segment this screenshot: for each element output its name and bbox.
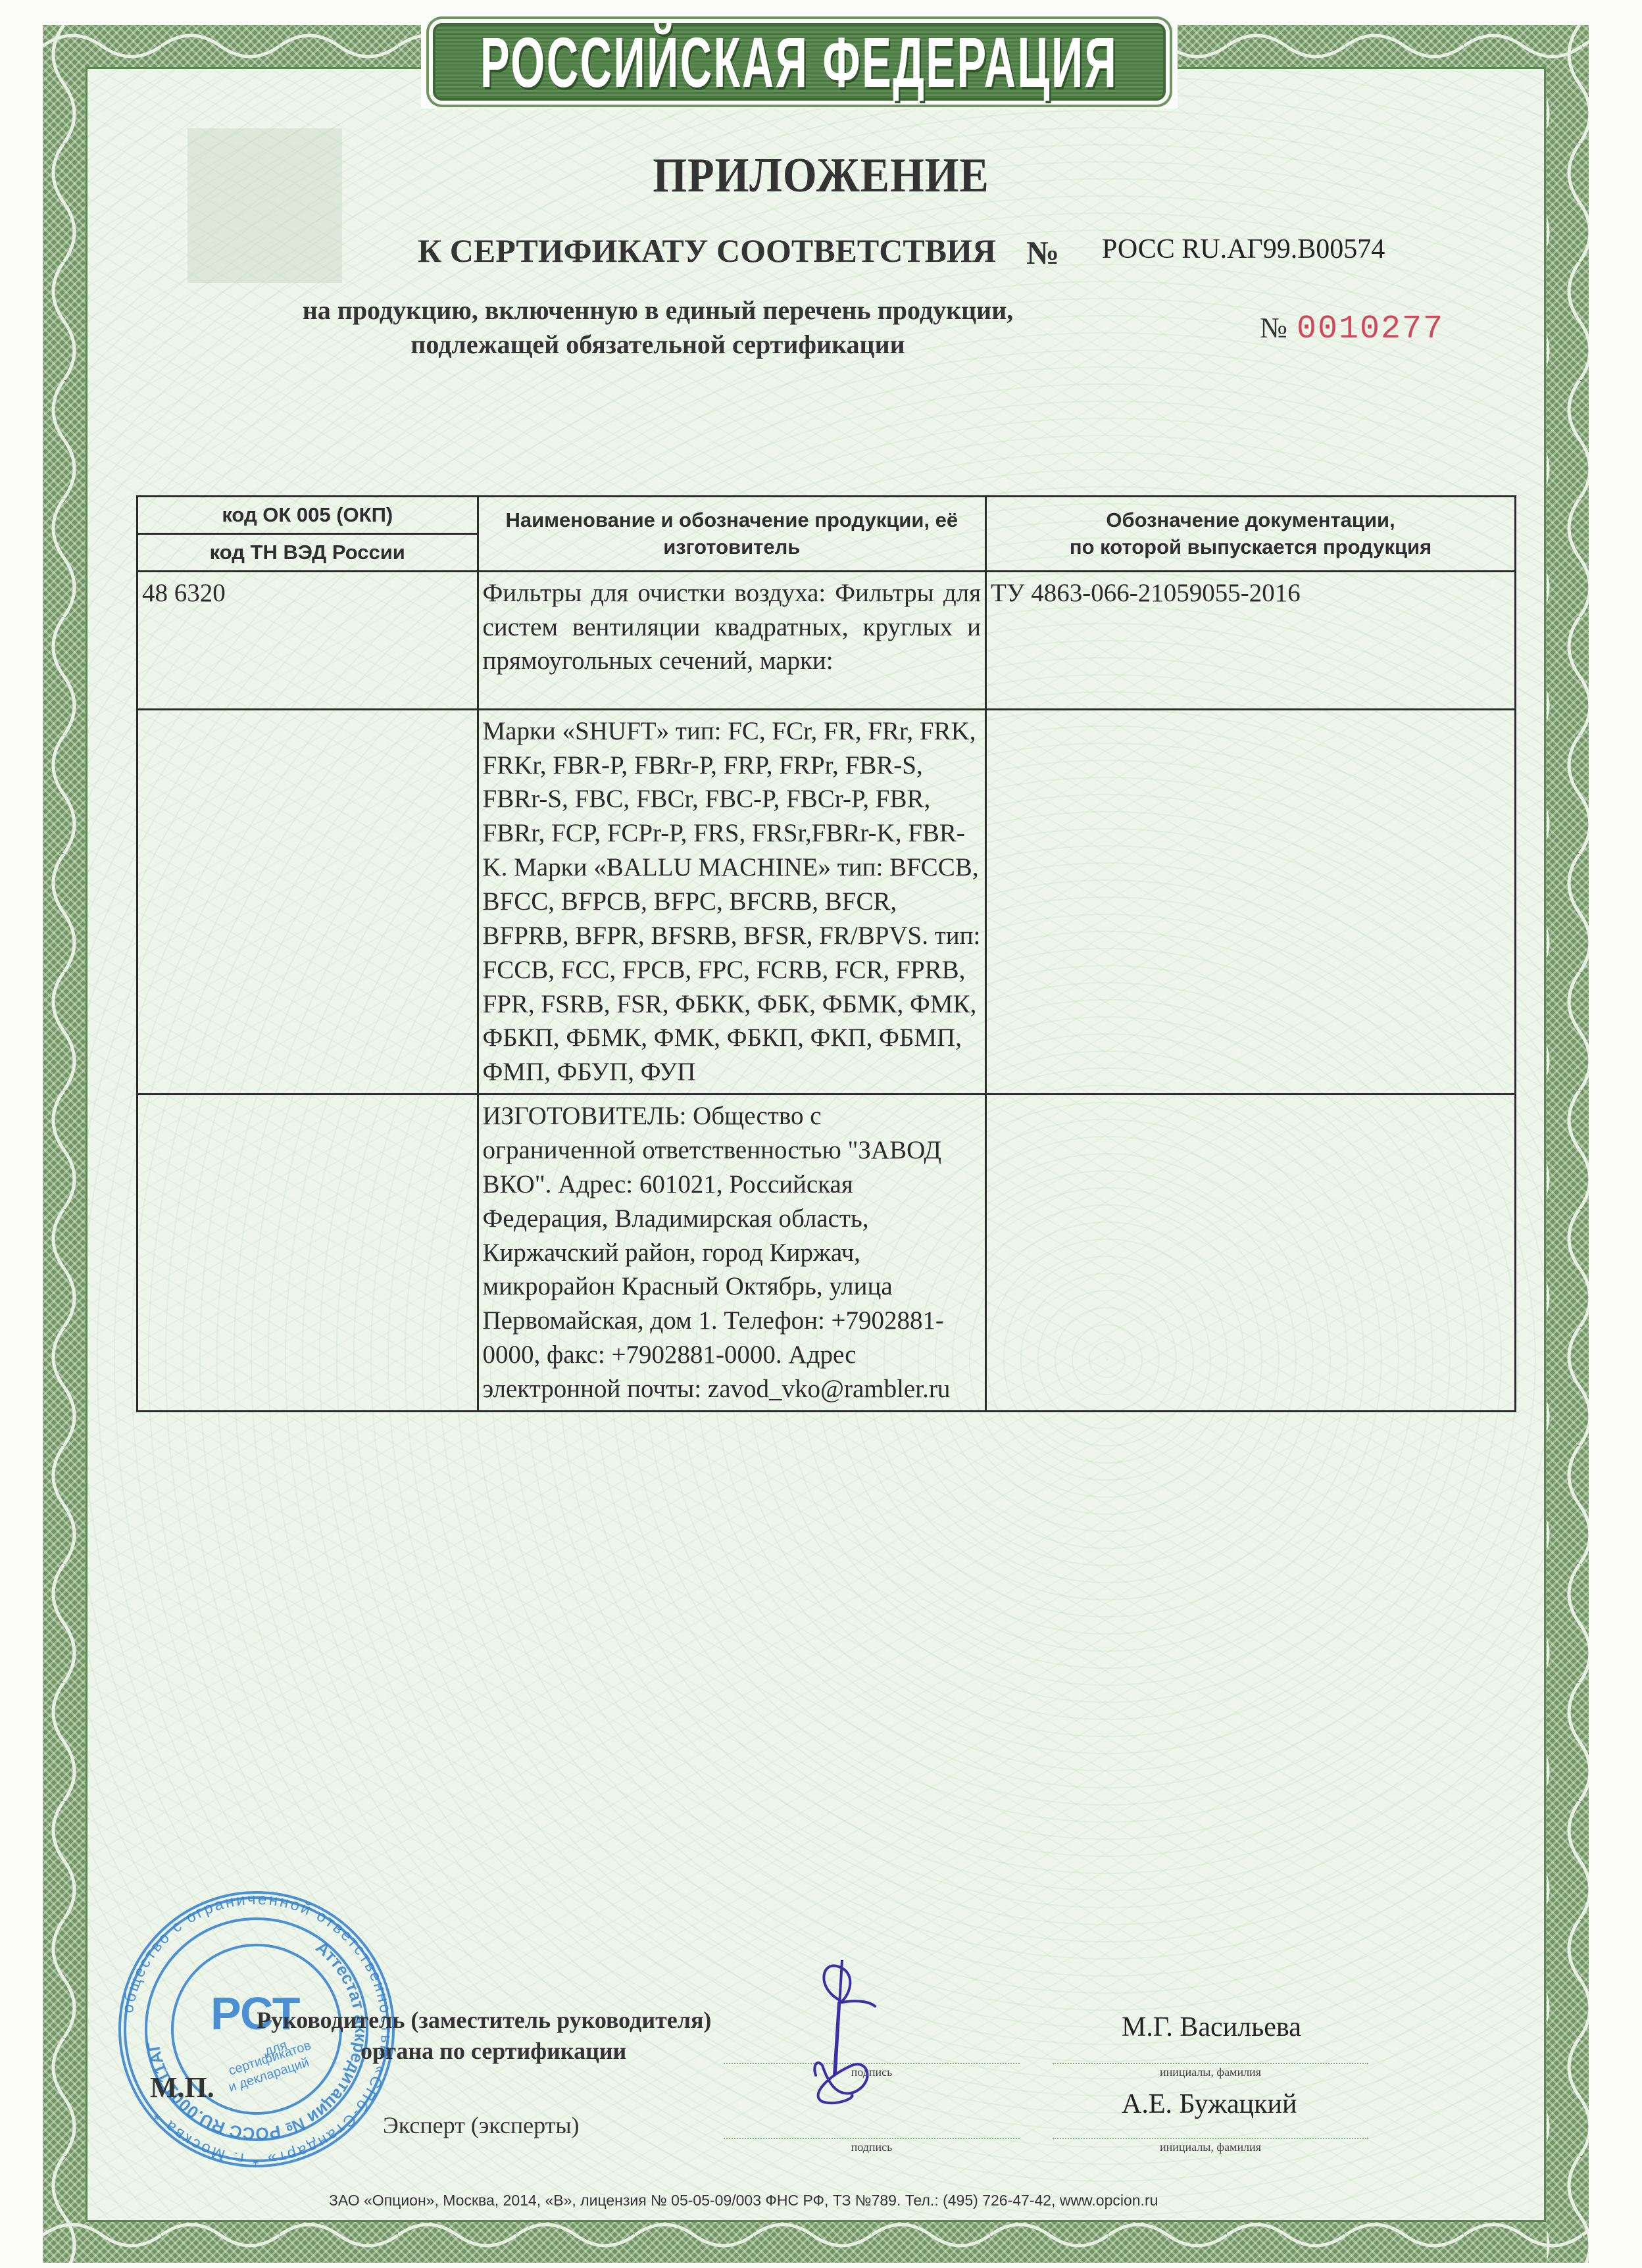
head-name: М.Г. Васильева [1122,2011,1301,2043]
table-row: Марки «SHUFT» тип: FC, FCr, FR, FRr, FRK… [137,709,1516,1094]
certificate-label: К СЕРТИФИКАТУ СООТВЕТСТВИЯ [418,232,996,270]
country-banner: РОССИЙСКАЯ ФЕДЕРАЦИЯ [421,16,1178,109]
printer-imprint: ЗАО «Опцион», Москва, 2014, «В», лицензи… [329,2192,1158,2209]
table-header-row: код ОК 005 (ОКП) Наименование и обозначе… [137,497,1516,534]
header-tnved-code: код ТН ВЭД России [137,533,478,571]
subtitle-line-2: подлежащей обязательной сертификации [86,329,1230,360]
cell-documentation [986,709,1516,1094]
blank-number: №0010277 [1260,310,1444,348]
number-sign: № [1026,234,1059,272]
expert-signature-line [724,2138,1020,2139]
cell-product: Фильтры для очистки воздуха: Фильтры для… [478,571,986,709]
banner-title: РОССИЙСКАЯ ФЕДЕРАЦИЯ [480,21,1118,103]
header-doc-line-1: Обозначение документации, [1106,508,1395,531]
header-okp-code: код ОК 005 (ОКП) [137,497,478,534]
header-doc-line-2: по которой выпускается продукция [1070,535,1431,558]
header-product-name: Наименование и обозначение продукции, её… [478,497,986,572]
cell-product: Марки «SHUFT» тип: FC, FCr, FR, FRr, FRK… [478,709,986,1094]
head-label-line-2: органа по сертификации [361,2037,626,2065]
cell-documentation: ТУ 4863-066-21059055-2016 [986,571,1516,709]
seal-label: М.П. [150,2071,214,2104]
blank-number-value: 0010277 [1297,310,1444,348]
page-title: ПРИЛОЖЕНИЕ [82,148,1560,204]
subtitle-line-1: на продукцию, включенную в единый перече… [86,295,1230,326]
expert-signature-caption: подпись [822,2140,921,2154]
head-label-line-1: Руководитель (заместитель руководителя) [257,2006,711,2034]
cell-code [137,709,478,1094]
cell-code: 48 6320 [137,571,478,709]
blank-number-sign: № [1260,312,1287,344]
head-name-line [1053,2063,1368,2064]
handwritten-signature-icon [776,1960,921,2111]
product-table: код ОК 005 (ОКП) Наименование и обозначе… [136,495,1516,1412]
cell-documentation [986,1095,1516,1412]
cell-code [137,1095,478,1412]
expert-name-line [1053,2138,1368,2139]
header-documentation: Обозначение документации,по которой выпу… [986,497,1516,572]
head-name-caption: инициалы, фамилия [1145,2065,1276,2079]
table-row: ИЗГОТОВИТЕЛЬ: Общество с ограниченной от… [137,1095,1516,1412]
expert-name: А.Е. Бужацкий [1122,2088,1297,2120]
cell-product: ИЗГОТОВИТЕЛЬ: Общество с ограниченной от… [478,1095,986,1412]
expert-label: Эксперт (эксперты) [383,2111,580,2139]
certificate-number: РОСС RU.АГ99.В00574 [1102,234,1385,265]
expert-name-caption: инициалы, фамилия [1145,2140,1276,2154]
table-row: 48 6320 Фильтры для очистки воздуха: Фил… [137,571,1516,709]
